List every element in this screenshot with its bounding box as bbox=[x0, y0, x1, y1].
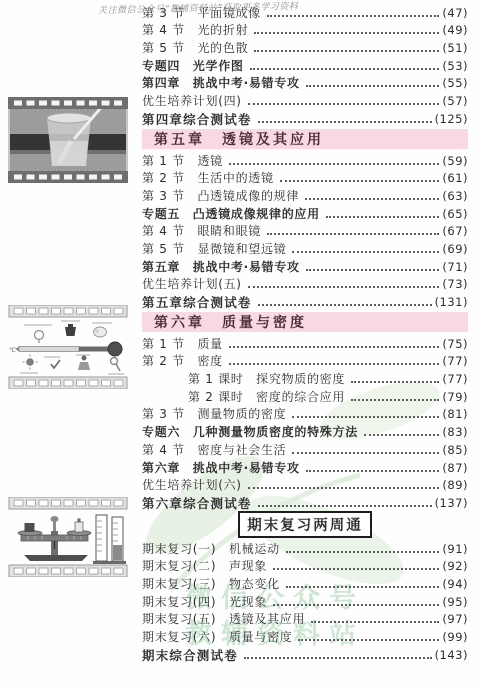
entry-label: 第 2 课时 密度的综合应用 bbox=[188, 390, 345, 405]
entry-page: (59) bbox=[442, 154, 468, 169]
entry-page: (61) bbox=[442, 171, 468, 186]
dot-leader bbox=[305, 198, 439, 200]
toc-subentry: 第 1 课时 探究物质的密度(77) bbox=[142, 369, 468, 387]
toc-entry: 第 4 节 密度与社会生活(85) bbox=[142, 440, 468, 458]
entry-page: (79) bbox=[442, 390, 468, 405]
entry-page: (65) bbox=[442, 207, 468, 222]
toc-entry: 第 1 节 质量(75) bbox=[142, 334, 468, 352]
entry-label: 第 4 节 眼睛和眼镜 bbox=[142, 224, 261, 239]
dot-leader bbox=[258, 304, 432, 306]
entry-label: 期末复习(六) 质量与密度 bbox=[142, 630, 292, 645]
entry-label: 第 3 节 测量物质的密度 bbox=[142, 407, 286, 422]
entry-page: (63) bbox=[442, 189, 468, 204]
entry-page: (67) bbox=[442, 224, 468, 239]
dot-leader bbox=[258, 505, 432, 507]
table-of-contents: 第 3 节 平面镜成像(47) 第 4 节 光的折射(49) 第 5 节 光的色… bbox=[142, 3, 468, 663]
dot-leader bbox=[306, 269, 440, 271]
toc-entry: 第 5 节 显微镜和望远镜(69) bbox=[142, 239, 468, 257]
entry-page: (83) bbox=[442, 425, 468, 440]
temperature-scale-image: ℃ bbox=[8, 305, 128, 389]
filmstrip-balance-diagram bbox=[8, 497, 128, 581]
entry-page: (143) bbox=[435, 648, 468, 663]
entry-label: 期末综合测试卷 bbox=[142, 648, 238, 663]
chapter-banner: 第六章 质量与密度 bbox=[142, 312, 468, 332]
toc-entry: 专题五 凸透镜成像规律的应用(65) bbox=[142, 204, 468, 222]
toc-entry: 专题四 光学作图(53) bbox=[142, 56, 468, 74]
entry-label: 第 1 节 质量 bbox=[142, 337, 223, 352]
entry-label: 期末复习(三) 物态变化 bbox=[142, 577, 280, 592]
entry-label: 优生培养计划(六) bbox=[142, 478, 242, 493]
entry-label: 第 3 节 凸透镜成像的规律 bbox=[142, 189, 299, 204]
entry-page: (73) bbox=[442, 277, 468, 292]
entry-page: (137) bbox=[435, 496, 468, 511]
dot-leader bbox=[311, 621, 439, 623]
entry-label: 期末复习(五) 透镜及其应用 bbox=[142, 612, 305, 627]
toc-entry: 第 1 节 透镜(59) bbox=[142, 151, 468, 169]
toc-entry: 期末复习(一) 机械运动(91) bbox=[142, 539, 468, 557]
entry-label: 第 1 课时 探究物质的密度 bbox=[188, 372, 345, 387]
entry-page: (69) bbox=[442, 242, 468, 257]
entry-label: 专题四 光学作图 bbox=[142, 59, 244, 74]
entry-page: (77) bbox=[442, 372, 468, 387]
toc-entry: 第 3 节 测量物质的密度(81) bbox=[142, 405, 468, 423]
chapter-banner: 第五章 透镜及其应用 bbox=[142, 129, 468, 149]
entry-page: (47) bbox=[442, 6, 468, 21]
dot-leader bbox=[248, 487, 440, 489]
entry-page: (77) bbox=[442, 354, 468, 369]
dot-leader bbox=[229, 346, 440, 348]
entry-label: 第六章综合测试卷 bbox=[142, 496, 252, 511]
dot-leader bbox=[229, 363, 440, 365]
entry-label: 优生培养计划(四) bbox=[142, 94, 242, 109]
entry-page: (75) bbox=[442, 337, 468, 352]
entry-label: 第 2 节 密度 bbox=[142, 354, 223, 369]
toc-entry: 优生培养计划(六)(89) bbox=[142, 476, 468, 494]
final-review-heading: 期末复习两周通 bbox=[238, 511, 372, 538]
entry-label: 第 1 节 透镜 bbox=[142, 154, 223, 169]
toc-entry: 专题六 几种测量物质密度的特殊方法(83) bbox=[142, 422, 468, 440]
dot-leader bbox=[286, 551, 440, 553]
toc-entry: 第 2 节 生活中的透镜(61) bbox=[142, 169, 468, 187]
toc-entry: 期末复习(二) 声现象(92) bbox=[142, 557, 468, 575]
entry-page: (51) bbox=[442, 41, 468, 56]
toc-entry: 优生培养计划(五)(73) bbox=[142, 275, 468, 293]
toc-entry: 第 5 节 光的色散(51) bbox=[142, 38, 468, 56]
toc-entry: 期末复习(四) 光现象(95) bbox=[142, 592, 468, 610]
filmstrip-temperature-diagram: ℃ bbox=[8, 305, 128, 393]
dot-leader bbox=[351, 381, 439, 383]
filmstrip-refraction-photo bbox=[8, 97, 128, 187]
dot-leader bbox=[292, 416, 439, 418]
entry-label: 第 4 节 光的折射 bbox=[142, 23, 248, 38]
balance-cylinders-image bbox=[8, 497, 128, 577]
toc-entry: 优生培养计划(四)(57) bbox=[142, 91, 468, 109]
dot-leader bbox=[351, 399, 439, 401]
dot-leader bbox=[229, 163, 440, 165]
entry-page: (71) bbox=[442, 260, 468, 275]
dot-leader bbox=[250, 68, 440, 70]
entry-label: 期末复习(一) 机械运动 bbox=[142, 542, 280, 557]
dot-leader bbox=[292, 251, 439, 253]
entry-page: (85) bbox=[442, 443, 468, 458]
dot-leader bbox=[364, 434, 439, 436]
toc-entry: 第六章 挑战中考·易错专攻(87) bbox=[142, 458, 468, 476]
toc-entry: 第 2 节 密度(77) bbox=[142, 352, 468, 370]
entry-page: (87) bbox=[442, 461, 468, 476]
entry-label: 第六章 挑战中考·易错专攻 bbox=[142, 461, 300, 476]
entry-page: (57) bbox=[442, 94, 468, 109]
toc-entry: 第四章 挑战中考·易错专攻(55) bbox=[142, 74, 468, 92]
entry-page: (89) bbox=[442, 478, 468, 493]
entry-page: (94) bbox=[442, 577, 468, 592]
toc-entry: 第六章综合测试卷(137) bbox=[142, 493, 468, 511]
dot-leader bbox=[280, 180, 440, 182]
dot-leader bbox=[306, 85, 440, 87]
toc-entry: 期末复习(三) 物态变化(94) bbox=[142, 574, 468, 592]
dot-leader bbox=[273, 568, 439, 570]
entry-page: (81) bbox=[442, 407, 468, 422]
toc-subentry: 第 2 课时 密度的综合应用(79) bbox=[142, 387, 468, 405]
dot-leader bbox=[273, 604, 439, 606]
dot-leader bbox=[254, 32, 439, 34]
celsius-axis-label: ℃ bbox=[9, 347, 16, 354]
entry-label: 期末复习(二) 声现象 bbox=[142, 559, 267, 574]
entry-page: (95) bbox=[442, 595, 468, 610]
entry-label: 第 5 节 光的色散 bbox=[142, 41, 248, 56]
entry-page: (92) bbox=[442, 559, 468, 574]
entry-page: (55) bbox=[442, 76, 468, 91]
dot-leader bbox=[292, 452, 439, 454]
dot-leader bbox=[286, 586, 440, 588]
toc-entry: 期末综合测试卷(143) bbox=[142, 645, 468, 663]
toc-entry: 第四章综合测试卷(125) bbox=[142, 109, 468, 127]
dot-leader bbox=[258, 121, 432, 123]
entry-label: 专题六 几种测量物质密度的特殊方法 bbox=[142, 425, 358, 440]
toc-entry: 期末复习(五) 透镜及其应用(97) bbox=[142, 610, 468, 628]
entry-page: (49) bbox=[442, 23, 468, 38]
dot-leader bbox=[267, 15, 439, 17]
entry-label: 第四章综合测试卷 bbox=[142, 112, 252, 127]
toc-entry: 第 4 节 光的折射(49) bbox=[142, 21, 468, 39]
entry-label: 第四章 挑战中考·易错专攻 bbox=[142, 76, 300, 91]
dot-leader bbox=[254, 50, 439, 52]
toc-entry: 第五章综合测试卷(131) bbox=[142, 292, 468, 310]
entry-label: 第 5 节 显微镜和望远镜 bbox=[142, 242, 286, 257]
entry-page: (91) bbox=[442, 542, 468, 557]
dot-leader bbox=[326, 216, 440, 218]
toc-entry: 第五章 挑战中考·易错专攻(71) bbox=[142, 257, 468, 275]
entry-label: 第五章综合测试卷 bbox=[142, 295, 252, 310]
entry-page: (53) bbox=[442, 59, 468, 74]
toc-entry: 期末复习(六) 质量与密度(99) bbox=[142, 627, 468, 645]
dot-leader bbox=[267, 233, 439, 235]
dot-leader bbox=[298, 639, 439, 641]
final-review-heading-wrap: 期末复习两周通 bbox=[142, 511, 468, 539]
entry-label: 专题五 凸透镜成像规律的应用 bbox=[142, 207, 320, 222]
dot-leader bbox=[248, 286, 440, 288]
entry-label: 优生培养计划(五) bbox=[142, 277, 242, 292]
dot-leader bbox=[248, 103, 440, 105]
dot-leader bbox=[244, 657, 432, 659]
entry-page: (131) bbox=[435, 295, 468, 310]
entry-label: 第五章 挑战中考·易错专攻 bbox=[142, 260, 300, 275]
entry-page: (99) bbox=[442, 630, 468, 645]
entry-label: 第 2 节 生活中的透镜 bbox=[142, 171, 274, 186]
refraction-glass-image bbox=[8, 97, 128, 183]
entry-page: (125) bbox=[435, 112, 468, 127]
chapter-banner-title: 第六章 质量与密度 bbox=[142, 312, 307, 332]
entry-page: (97) bbox=[442, 612, 468, 627]
entry-label: 期末复习(四) 光现象 bbox=[142, 595, 267, 610]
entry-label: 第 4 节 密度与社会生活 bbox=[142, 443, 286, 458]
chapter-banner-title: 第五章 透镜及其应用 bbox=[142, 129, 324, 149]
dot-leader bbox=[306, 470, 440, 472]
toc-entry: 第 4 节 眼睛和眼镜(67) bbox=[142, 222, 468, 240]
toc-entry: 第 3 节 凸透镜成像的规律(63) bbox=[142, 186, 468, 204]
